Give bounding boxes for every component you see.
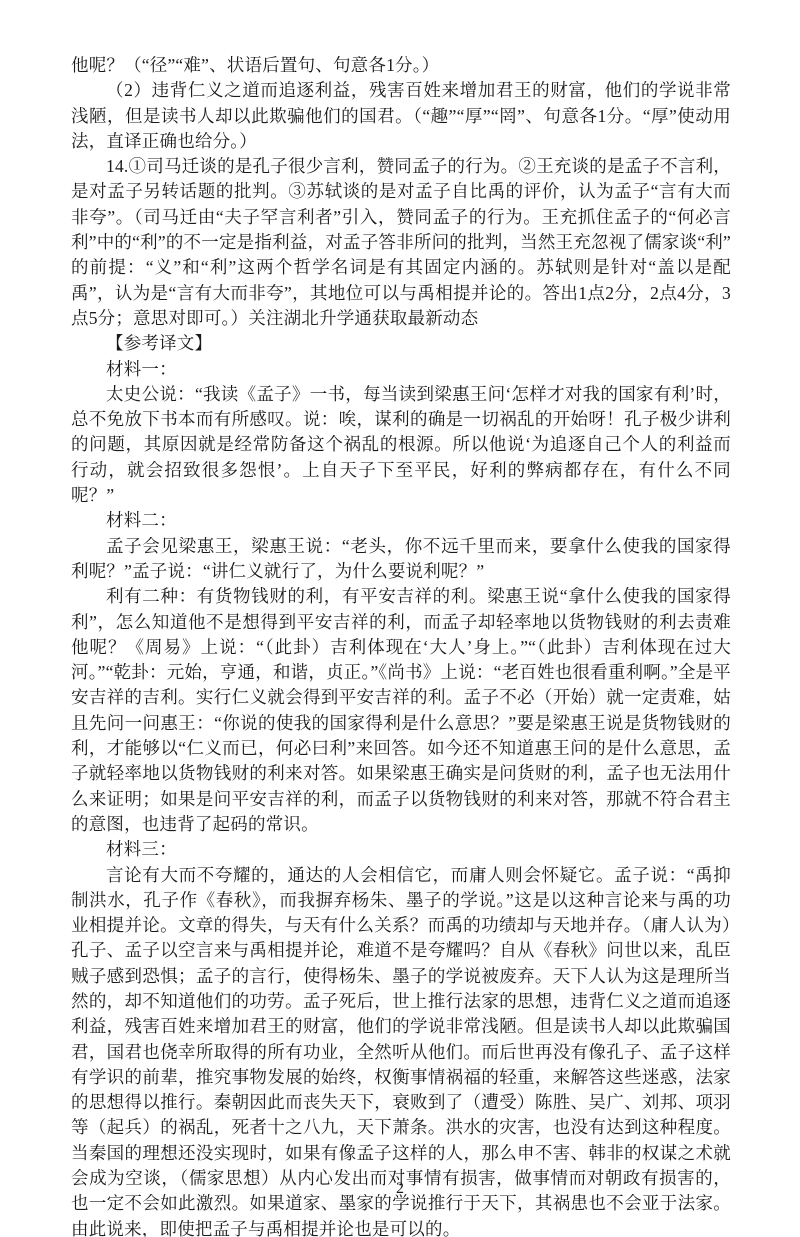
paragraph: 【参考译文】 bbox=[71, 331, 731, 356]
page-number: 2 bbox=[0, 1178, 800, 1200]
page-body: 他呢？（“径”“难”、状语后置句、句意各1分。）（2）违背仁义之道而追逐利益，残… bbox=[71, 53, 731, 1237]
paragraph: 孟子会见梁惠王，梁惠王说：“老头，你不远千里而来，要拿什么使我的国家得利呢？”孟… bbox=[71, 534, 731, 585]
document-page: 他呢？（“径”“难”、状语后置句、句意各1分。）（2）违背仁义之道而追逐利益，残… bbox=[0, 0, 800, 1237]
paragraph: 14.①司马迁谈的是孔子很少言利，赞同孟子的行为。②王充谈的是孟子不言利，是对孟… bbox=[71, 154, 731, 331]
paragraph: 材料三： bbox=[71, 837, 731, 862]
paragraph: 利有二种：有货物钱财的利，有平安吉祥的利。梁惠王说“拿什么使我的国家得利”，怎么… bbox=[71, 584, 731, 837]
paragraph: （2）违背仁义之道而追逐利益，残害百姓来增加君王的财富，他们的学说非常浅陋，但是… bbox=[71, 78, 731, 154]
paragraph: 材料一： bbox=[71, 357, 731, 382]
paragraph: 材料二： bbox=[71, 508, 731, 533]
paragraph: 他呢？（“径”“难”、状语后置句、句意各1分。） bbox=[71, 53, 731, 78]
paragraph: 太史公说：“我读《孟子》一书，每当读到梁惠王问‘怎样才对我的国家有利’时，总不免… bbox=[71, 382, 731, 508]
